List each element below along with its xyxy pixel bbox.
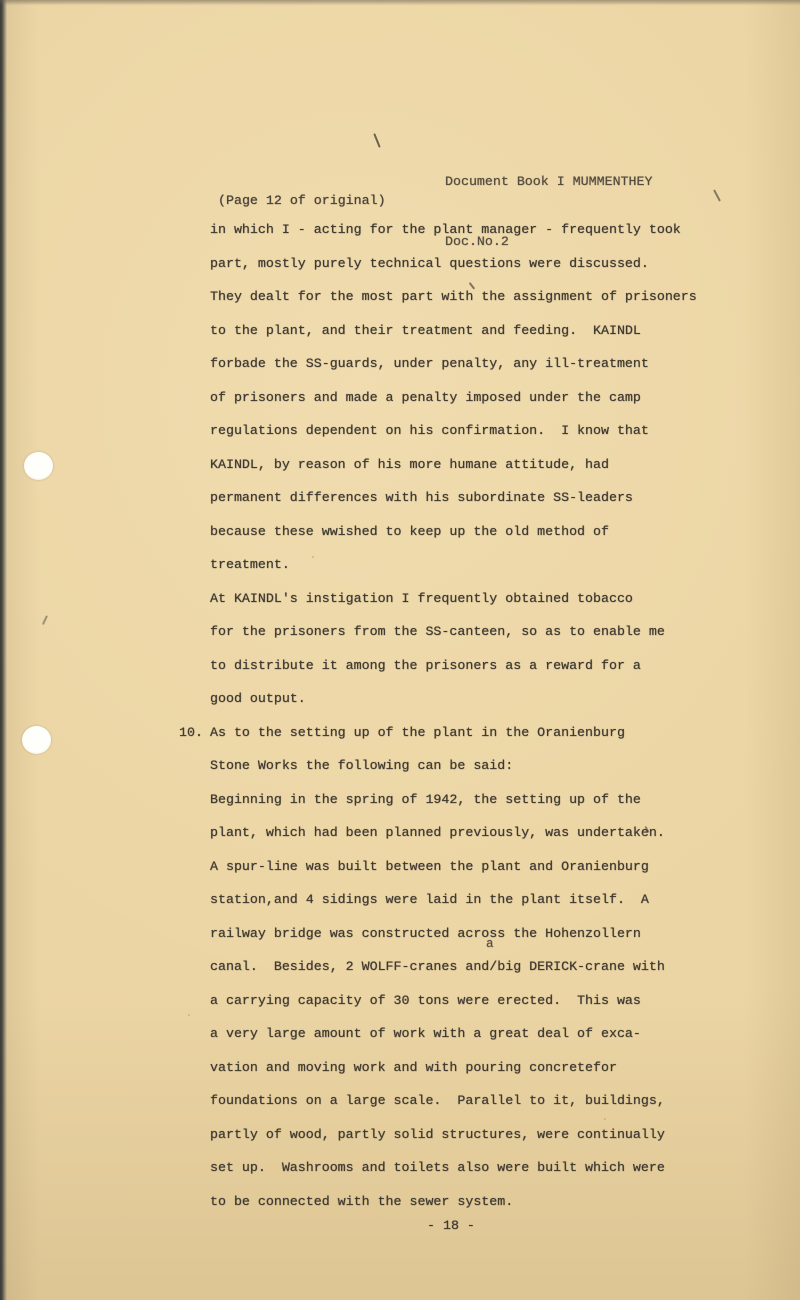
text-line: part, mostly purely technical questions … (210, 247, 750, 281)
text-line: partly of wood, partly solid structures,… (210, 1118, 750, 1152)
page-number: - 18 - (427, 1216, 475, 1236)
text-line: Beginning in the spring of 1942, the set… (210, 783, 750, 817)
document-page: Document Book I MUMMENTHEY Doc.No.2 (Pag… (0, 0, 800, 1300)
text-line: plant, which had been planned previously… (210, 816, 750, 850)
header-book-title: Document Book I MUMMENTHEY (445, 172, 652, 192)
body-text: in which I - acting for the plant manage… (210, 213, 750, 1218)
text-line: canal. Besides, 2 WOLFF-cranes and/big D… (210, 950, 750, 984)
text-line: Stone Works the following can be said: (210, 749, 750, 783)
text-line: vation and moving work and with pouring … (210, 1051, 750, 1085)
text-line: At KAINDL's instigation I frequently obt… (210, 582, 750, 616)
hole-punch-icon (24, 452, 53, 480)
text-line: to the plant, and their treatment and fe… (210, 314, 750, 348)
text-line: station,and 4 sidings were laid in the p… (210, 883, 750, 917)
text-line: a very large amount of work with a great… (210, 1017, 750, 1051)
text-line: 10.As to the setting up of the plant in … (210, 716, 750, 750)
paper-speck (188, 1014, 190, 1016)
text-line: A spur-line was built between the plant … (210, 850, 750, 884)
page-reference: (Page 12 of original) (218, 191, 386, 211)
text-line: treatment. (210, 548, 750, 582)
text-line: of prisoners and made a penalty imposed … (210, 381, 750, 415)
text-line: to distribute it among the prisoners as … (210, 649, 750, 683)
text-line: for the prisoners from the SS-canteen, s… (210, 615, 750, 649)
text-line: a carrying capacity of 30 tons were erec… (210, 984, 750, 1018)
text-line: forbade the SS-guards, under penalty, an… (210, 347, 750, 381)
text-line: set up. Washrooms and toilets also were … (210, 1151, 750, 1185)
text-line: foundations on a large scale. Parallel t… (210, 1084, 750, 1118)
scan-left-edge (0, 0, 7, 1300)
text-line: permanent differences with his subordina… (210, 481, 750, 515)
text-line: regulations dependent on his confirmatio… (210, 414, 750, 448)
hole-punch-icon (22, 726, 51, 754)
pen-mark (713, 189, 721, 201)
text-line: KAINDL, by reason of his more humane att… (210, 448, 750, 482)
text-line: because these wwished to keep up the old… (210, 515, 750, 549)
item-number: 10. (179, 716, 203, 750)
scan-top-edge (0, 0, 800, 5)
text-line: They dealt for the most part with the as… (210, 280, 750, 314)
text-line: railway bridge was constructed across th… (210, 917, 750, 951)
text-line: good output. (210, 682, 750, 716)
text-line: in which I - acting for the plant manage… (210, 213, 750, 247)
typed-insertion: a (486, 938, 494, 951)
text-line: to be connected with the sewer system. (210, 1185, 750, 1219)
pen-mark (373, 133, 380, 148)
pen-mark (42, 615, 48, 625)
